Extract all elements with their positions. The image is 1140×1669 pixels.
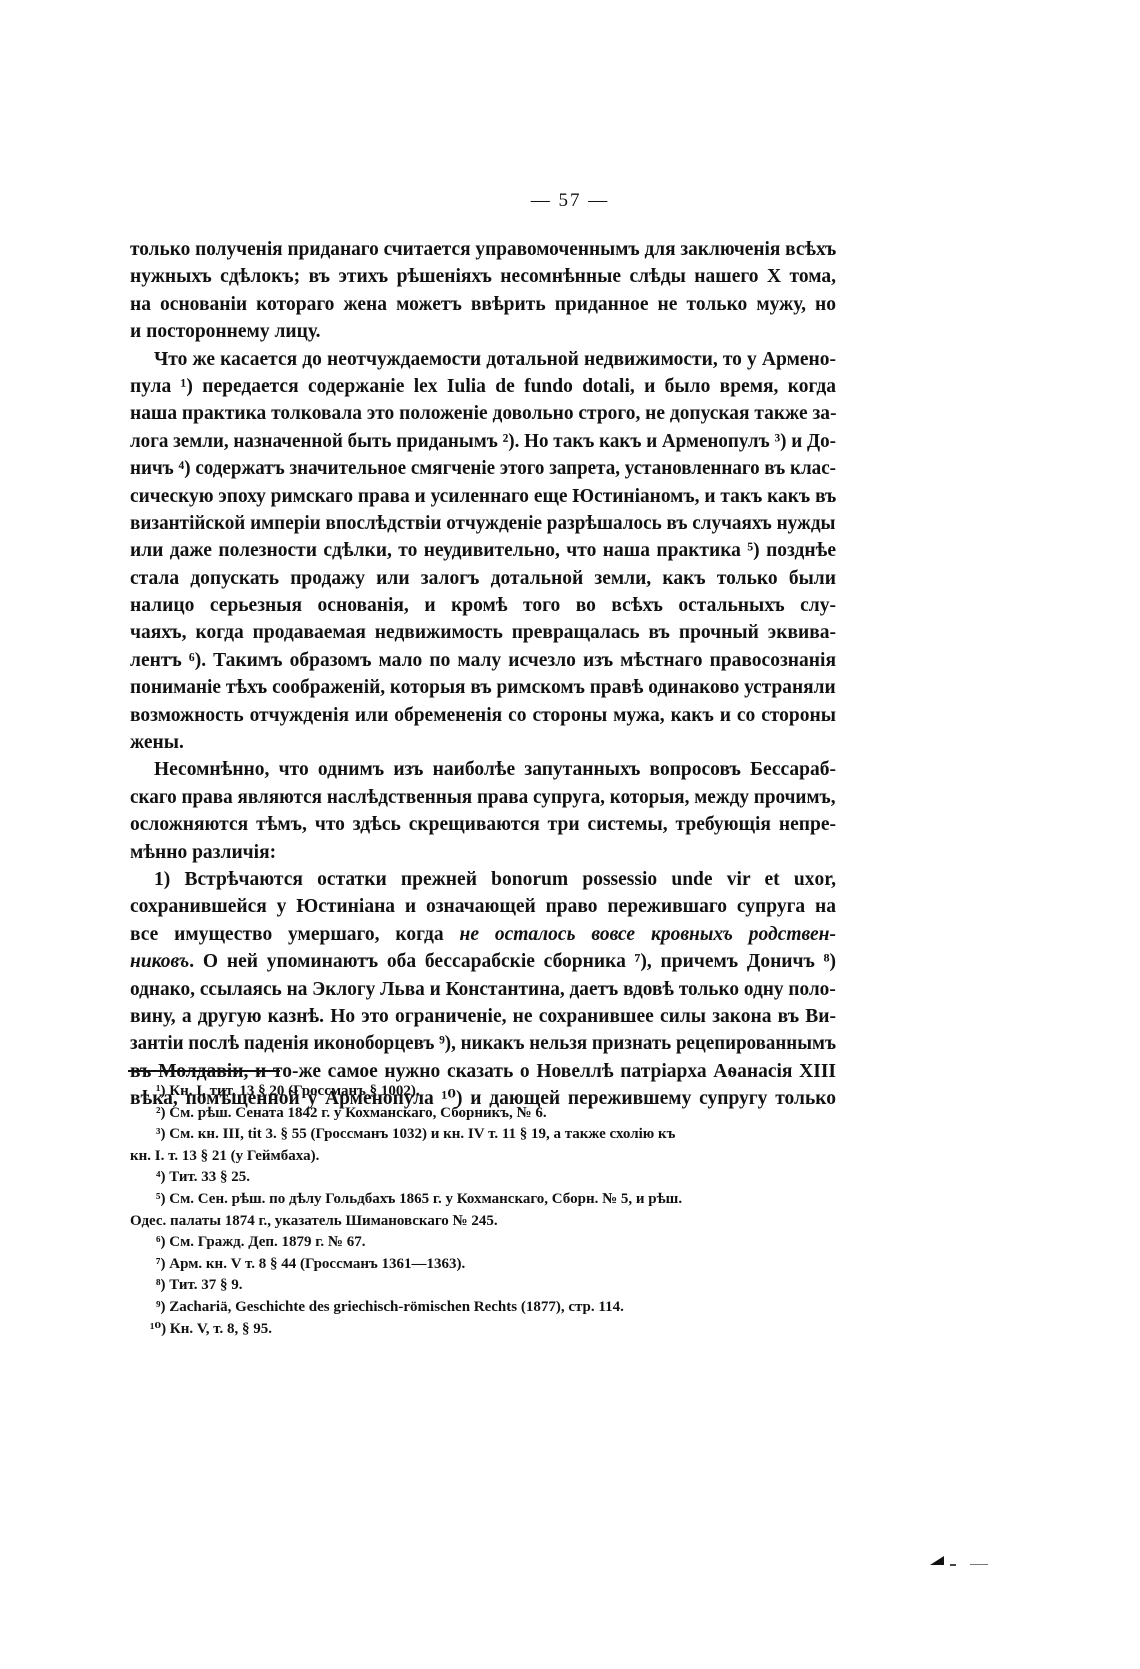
text-line: зантіи послѣ паденія иконоборцевъ ⁹), ни… <box>130 1030 817 1057</box>
italic-emphasis: не осталось вовсе кровныхъ родствен- <box>460 924 837 945</box>
footnote: ¹⁰) Кн. V, т. 8, § 95. <box>130 1319 836 1341</box>
footnote: ⁶) См. Гражд. Деп. 1879 г. № 67. <box>130 1232 836 1254</box>
text-line: стала допускать продажу или залогъ дотал… <box>130 565 836 592</box>
footnote: ²) См. рѣш. Сената 1842 г. у Кохманскаго… <box>130 1103 836 1125</box>
paragraph-start-line: Несомнѣнно, что однимъ изъ наиболѣе запу… <box>130 756 836 783</box>
text-line: мѣнно различія: <box>130 839 836 866</box>
footnote-continuation: кн. I. т. 13 § 21 (у Геймбаха). <box>130 1146 836 1168</box>
text-line: сохранившейся у Юстиніана и означающей п… <box>130 893 836 920</box>
text-line: чаяхъ, когда продаваемая недвижимость пр… <box>130 619 836 646</box>
text-line: нужныхъ сдѣлокъ; въ этихъ рѣшеніяхъ несо… <box>130 263 836 290</box>
footnote: ⁹) Zachariä, Geschichte des griechisch-r… <box>130 1297 836 1319</box>
page-number: — 57 — <box>0 190 1140 212</box>
triangle-mark-icon <box>930 1556 944 1565</box>
text-line: или даже полезности сдѣлки, то неудивите… <box>130 537 836 564</box>
footnotes: ¹) Кн. I, тит. 13 § 20 (Гроссманъ § 1002… <box>130 1081 836 1340</box>
footnote: ³) См. кн. III, tit 3. § 55 (Гроссманъ 1… <box>130 1124 836 1146</box>
text-line: вину, а другую казнѣ. Но это ограниченіе… <box>130 1003 836 1030</box>
text-line: лентъ ⁶). Такимъ образомъ мало по малу и… <box>130 647 836 674</box>
text-line: на основаніи котораго жена можетъ ввѣрит… <box>130 291 836 318</box>
footnote-continuation: Одес. палаты 1874 г., указатель Шимановс… <box>130 1211 836 1233</box>
text-line: лога земли, назначенной быть приданымъ ²… <box>130 428 819 455</box>
text-line: пула ¹) передается содержаніе lex Iulia … <box>130 373 836 400</box>
text-line: все имущество умершаго, когда не осталос… <box>130 921 836 948</box>
text-line: и постороннему лицу. <box>130 318 836 345</box>
italic-emphasis: никовъ <box>130 951 189 972</box>
dash-mark <box>970 1564 988 1565</box>
text-line: жены. <box>130 729 836 756</box>
text-line: византійской имперіи впослѣдствіи отчужд… <box>130 510 823 537</box>
dash-mark <box>950 1564 956 1566</box>
paragraph-start-line: Что же касается до неотчуждаемости дотал… <box>130 346 836 373</box>
footnote: ⁸) Тит. 37 § 9. <box>130 1275 836 1297</box>
footnote-separator-rule <box>128 1070 280 1072</box>
text-line: однако, ссылаясь на Эклогу Льва и Конста… <box>130 976 829 1003</box>
text-line: пониманіе тѣхъ соображеній, которыя въ р… <box>130 674 831 701</box>
footnote: ⁵) См. Сен. рѣш. по дѣлу Гольдбахъ 1865 … <box>130 1189 836 1211</box>
text-line: наша практика толковала это положеніе до… <box>130 400 834 427</box>
text-line: скаго права являются наслѣдственныя прав… <box>130 784 824 811</box>
text-line: осложняются тѣмъ, что здѣсь скрещиваются… <box>130 811 836 838</box>
list-item-start-line: 1) Встрѣчаются остатки прежней bonorum p… <box>130 866 836 893</box>
body-text: только полученія приданаго считается упр… <box>130 236 836 1113</box>
footnote: ⁴) Тит. 33 § 25. <box>130 1167 836 1189</box>
text-line: ничъ ⁴) содержатъ значительное смягченіе… <box>130 455 819 482</box>
text-line: никовъ. О ней упоминаютъ оба бессарабскі… <box>130 948 836 975</box>
text-line: возможность отчужденія или обремененія с… <box>130 702 836 729</box>
text-line: налицо серьезныя основанія, и кромѣ того… <box>130 592 836 619</box>
text-line: сическую эпоху римскаго права и усиленна… <box>130 483 832 510</box>
footnote: ⁷) Арм. кн. V т. 8 § 44 (Гроссманъ 1361—… <box>130 1254 836 1276</box>
text-line: только полученія приданаго считается упр… <box>130 236 830 263</box>
footnote: ¹) Кн. I, тит. 13 § 20 (Гроссманъ § 1002… <box>130 1081 836 1103</box>
printer-mark-icon <box>930 1560 1010 1566</box>
